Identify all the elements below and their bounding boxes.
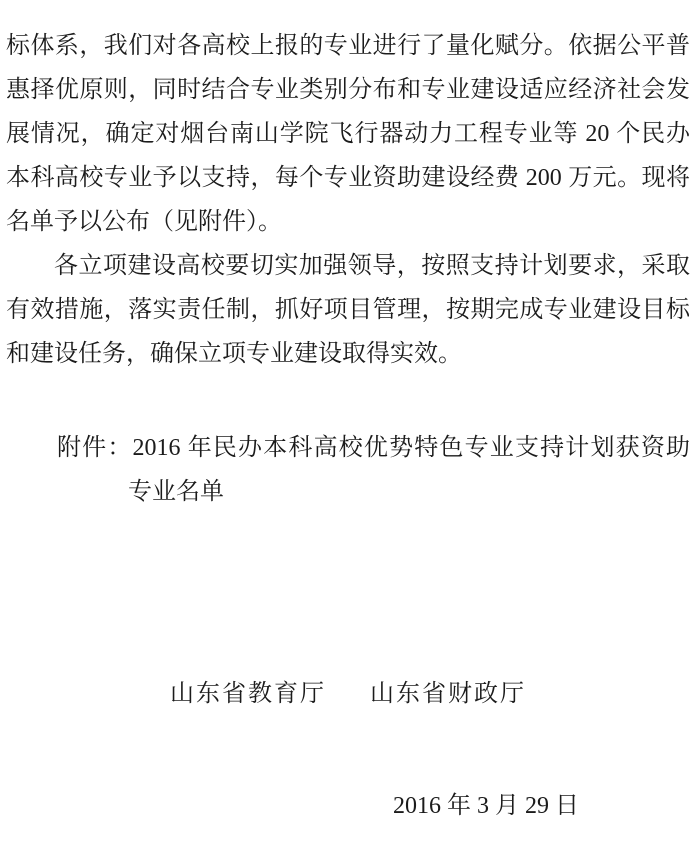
- attachment-line: 附件：2016 年民办本科高校优势特色专业支持计划获资助: [57, 426, 690, 470]
- body-line: 展情况，确定对烟台南山学院飞行器动力工程专业等 20 个民办: [6, 112, 690, 156]
- body-line: 各立项建设高校要切实加强领导，按照支持计划要求，采取: [6, 244, 690, 288]
- signature-education-department: 山东省教育厅: [170, 672, 326, 716]
- signature-finance-department: 山东省财政厅: [370, 672, 526, 716]
- body-line: 惠择优原则，同时结合专业类别分布和专业建设适应经济社会发: [6, 68, 690, 112]
- body-line: 名单予以公布（见附件）。: [6, 200, 690, 244]
- paragraph-1: 标体系，我们对各高校上报的专业进行了量化赋分。依据公平普 惠择优原则，同时结合专…: [6, 24, 690, 244]
- body-line: 和建设任务，确保立项专业建设取得实效。: [6, 332, 690, 376]
- body-line: 本科高校专业予以支持，每个专业资助建设经费 200 万元。现将: [6, 156, 690, 200]
- attachment-note: 附件：2016 年民办本科高校优势特色专业支持计划获资助 专业名单: [57, 426, 690, 514]
- attachment-line: 专业名单: [57, 470, 690, 514]
- paragraph-2: 各立项建设高校要切实加强领导，按照支持计划要求，采取 有效措施，落实责任制，抓好…: [6, 244, 690, 376]
- document-date: 2016 年 3 月 29 日: [393, 784, 579, 828]
- document-page: 标体系，我们对各高校上报的专业进行了量化赋分。依据公平普 惠择优原则，同时结合专…: [0, 0, 700, 841]
- signatures-row: 山东省教育厅 山东省财政厅: [0, 672, 700, 716]
- body-line: 标体系，我们对各高校上报的专业进行了量化赋分。依据公平普: [6, 24, 690, 68]
- body-line: 有效措施，落实责任制，抓好项目管理，按期完成专业建设目标: [6, 288, 690, 332]
